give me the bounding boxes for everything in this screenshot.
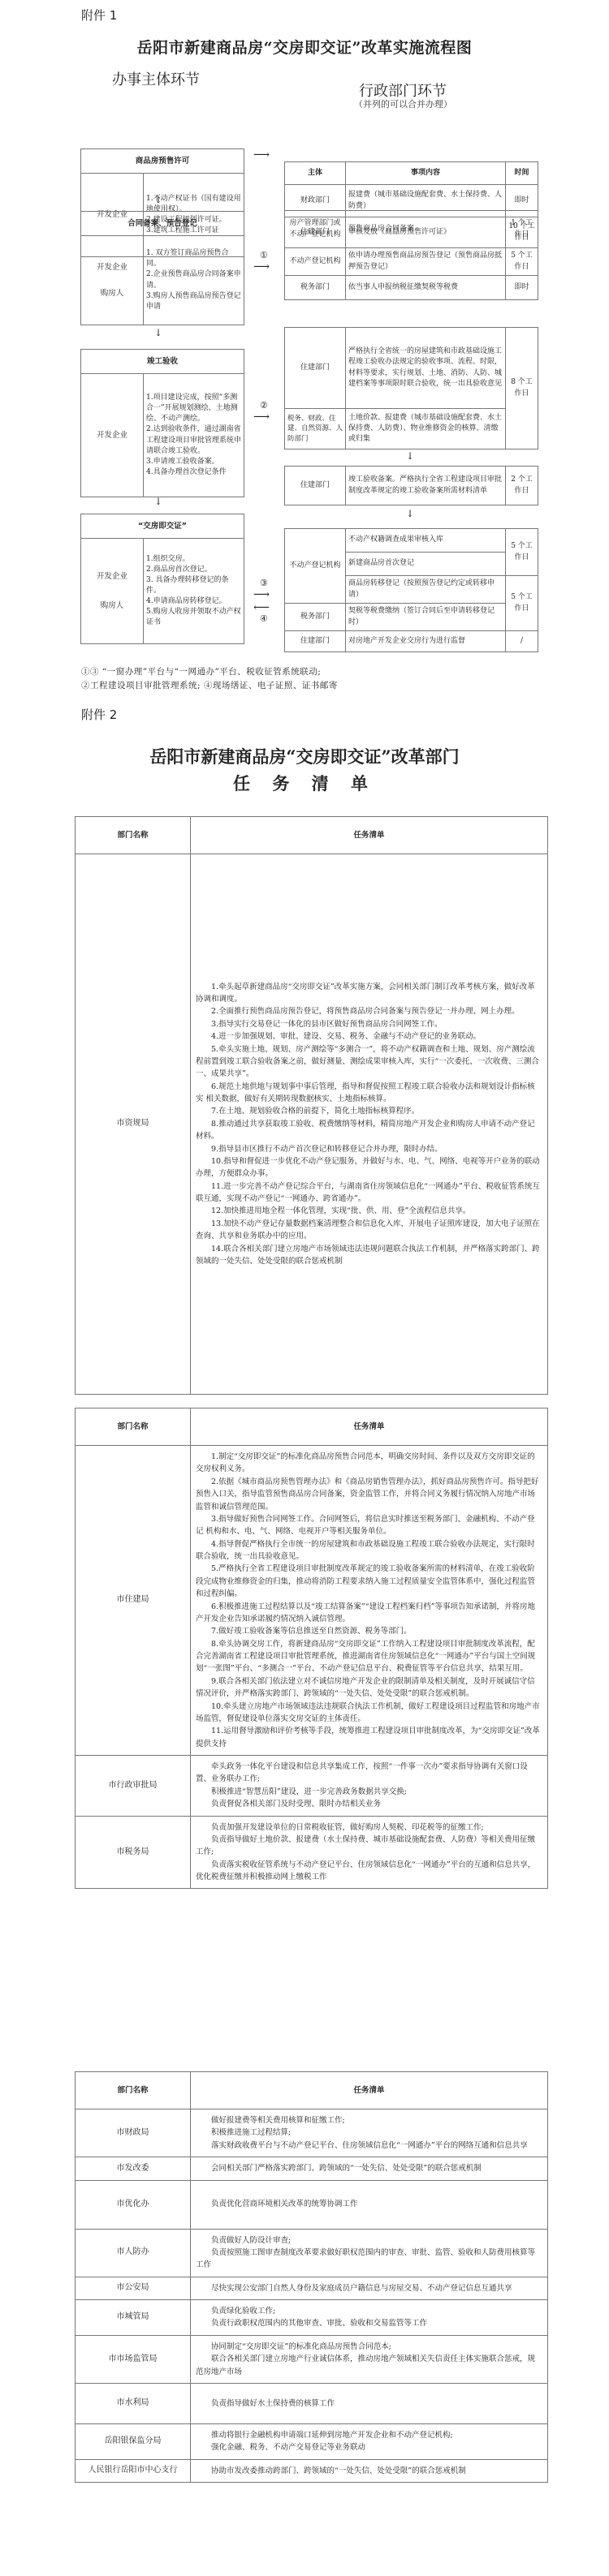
step-contract-filing: 合同备案、预告登记 开发企业 购房人 1. 双方签订商品房预售合同。 2.企业预… — [80, 211, 244, 325]
admin-table-handover: 不动产登记机构 不动产权籍调查成果审核入库 5 个工作日 新建商品房首次登记 商… — [284, 528, 538, 652]
arrow-right-icon: ⟶ — [253, 589, 270, 600]
attachment-2-label: 附件 2 — [81, 706, 117, 723]
entities: 开发企业 购房人 — [81, 236, 144, 325]
step-title: 商品房预售许可 — [81, 149, 244, 174]
arrow-right-icon: ⟶ — [253, 261, 270, 273]
table-row: 市资规局 1.牵头起草新建商品房“交房即交证”改革实施方案，会同相关部门制订改革… — [76, 854, 548, 1395]
table-row: 市水利局负责指导做好水土保持费的核算工作 — [76, 2383, 548, 2423]
arrow-down-icon: ↓ — [406, 450, 414, 462]
table-row: 市市场监管局协同制定“交房即交证”的标准化商品房预售合同范本;联合各相关部门建立… — [76, 2335, 548, 2383]
attachment-1-label: 附件 1 — [81, 6, 117, 24]
admin-table-acceptance: 住建部门 严格执行全省统一的房屋建筑和市政基础设施工程竣工验收办法规定的验收事项… — [284, 327, 538, 449]
arrow-down-icon: ↓ — [154, 496, 162, 507]
table-row: 市人防办负责做好人防设计审查;负责按照施工图审查制度改革要求做好职权范围内的审查… — [76, 2229, 548, 2277]
step-completion-acceptance: 竣工验收 开发企业 1.项目建设完成，按照“多测合一”开展规划测绘、土地测绘、不… — [80, 349, 244, 497]
admin-table-contract: 房产管理部门或不动产登记机构 预售商品房合同备案 1 个工作日 不动产登记机构 … — [284, 210, 538, 300]
marker-3: ③ — [260, 578, 268, 588]
flowchart-title: 岳阳市新建商品房“交房即交证”改革实施流程图 — [0, 36, 609, 58]
arrow-down-icon: ↓ — [154, 194, 162, 205]
table-row: 人民银行岳阳市中心支行协助市发改委推动跨部门、跨领域的“一处失信、处处受限”的联… — [76, 2459, 548, 2482]
table-row: 岳阳银保监分局推动将银行金融机构申请端口延伸到房地产开发企业和不动产登记机构;强… — [76, 2423, 548, 2459]
task-table-1: 部门名称 任务清单 市资规局 1.牵头起草新建商品房“交房即交证”改革实施方案，… — [75, 816, 548, 1395]
arrow-right-icon: ⟶ — [253, 149, 270, 161]
admin-table-filing: 住建部门 竣工验收备案。严格执行全省工程建设项目审批制度改革规定的竣工验收备案所… — [284, 466, 538, 505]
flowchart-legend: ①③ “一窗办理”平台与“一网通办”平台、税收征管系统联动; ②工程建设项目审批… — [81, 665, 338, 693]
arrow-right-icon: ⟶ — [253, 411, 270, 423]
task-list-title: 岳阳市新建商品房“交房即交证”改革部门 — [0, 744, 609, 768]
table-row: 市税务局 负责加强开发建设单位的日常税收征管，做好购房人契税、印花税等的征缴工作… — [76, 1816, 548, 1889]
task-table-2: 部门名称 任务清单 市住建局 1.制定“交房即交证”的标准化商品房预售合同范本，… — [75, 1408, 548, 1889]
table-row: 市住建局 1.制定“交房即交证”的标准化商品房预售合同范本，明确交房时间、条件以… — [76, 1446, 548, 1756]
marker-4: ④ — [260, 613, 268, 624]
table-row: 市城管局负责绿化验收工作;负责行政职权范围内的其他审查、审批、验收和交易监管等工… — [76, 2300, 548, 2336]
marker-1: ① — [260, 250, 268, 260]
table-row: 市发改委会同相关部门严格落实跨部门、跨领域的“一处失信、处处受限”的联合惩戒机制 — [76, 2157, 548, 2180]
step-handover-certificate: “交房即交证” 开发企业 购房人 1.组织交房。 2.商品房首次登记。 3. 具… — [80, 514, 244, 644]
arrow-down-icon: ↓ — [154, 327, 162, 338]
arrow-left-icon: ⟵ — [253, 602, 270, 613]
table-row: 市公安局尽快实现公安部门自然人身份及家庭成员户籍信息与房屋交易、不动产登记信息互… — [76, 2277, 548, 2299]
table-row: 市财政局做好报建费等相关费用核算和征缴工作;积极推进施工过程结算;落实财政收费平… — [76, 2109, 548, 2157]
left-heading: 办事主体环节 — [112, 68, 200, 89]
arrow-down-icon: ↓ — [406, 508, 414, 519]
marker-2: ② — [260, 400, 268, 411]
right-subheading: （并列的可以合并办理） — [354, 97, 452, 110]
task-list-subtitle: 任 务 清 单 — [0, 771, 609, 795]
task-table-3: 部门名称 任务清单 市财政局做好报建费等相关费用核算和征缴工作;积极推进施工过程… — [75, 2071, 548, 2483]
table-row: 市行政审批局 牵头政务一体化平台建设和信息共享集成工作，按照“一件事一次办”要求… — [76, 1756, 548, 1817]
table-row: 市优化办负责优化营商环境相关改革的统筹协调工作 — [76, 2180, 548, 2229]
